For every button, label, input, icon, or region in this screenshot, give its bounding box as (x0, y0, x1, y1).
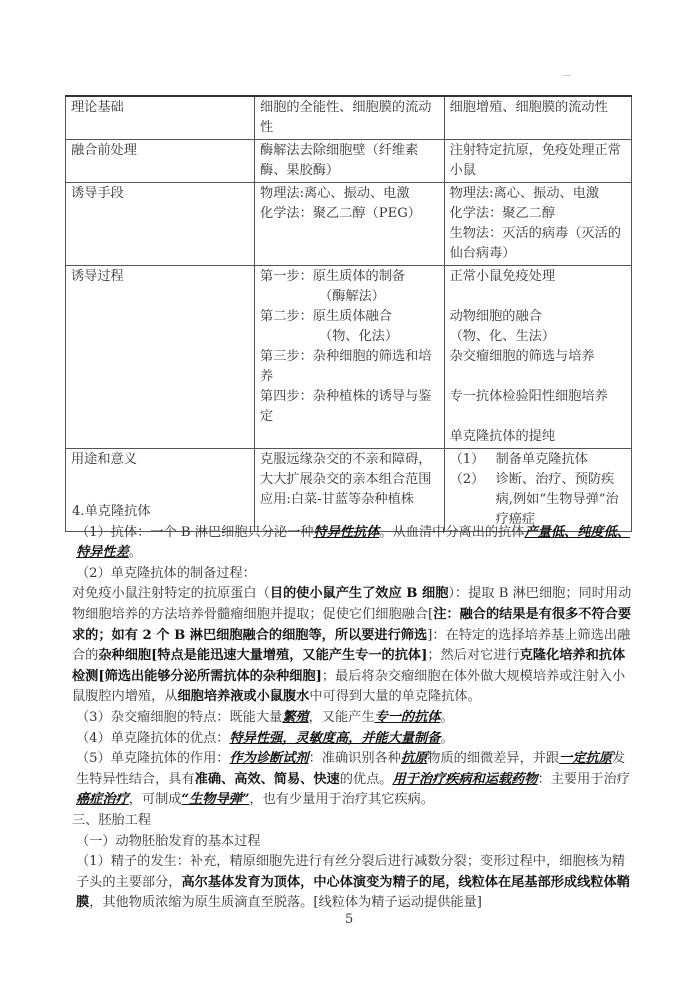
cell-line: 注射特定抗原，免疫处理正常小鼠 (450, 141, 625, 181)
emphasized-text: 作为诊断试剂 (229, 751, 308, 766)
text-run: ，也有少量用于治疗其它疾病。 (249, 792, 434, 807)
animal-cell-value: 正常小鼠免疫处理动物细胞的融合（物、化、生法）杂交瘤细胞的筛选与培养专一抗体检验… (444, 266, 631, 449)
text-run: ，又能产生 (309, 710, 375, 725)
cell-line: 化学法：聚乙二醇 (450, 204, 625, 224)
paragraph-prep-process: 对免疫小鼠注射特定的抗原蛋白（目的使小鼠产生了效应 B 细胞）：提取 B 淋巴细… (72, 584, 632, 708)
text-run: （4）单克隆抗体的优点： (76, 731, 229, 746)
text-run: ，其他物质浓缩为原生质滴直至脱落。[线粒体为精子运动提供能量] (89, 895, 482, 910)
cell-line: 物理法:离心、振动、电激 (450, 184, 625, 204)
cell-line: 酶解法去除细胞壁（纤维素酶、果胶酶） (260, 141, 438, 181)
emphasized-text: 目的使小鼠产生了效应 B 细胞 (270, 586, 449, 601)
emphasized-text: “生物导弹” (182, 792, 250, 807)
cell-line: 化学法：聚乙二醇（PEG） (260, 204, 438, 224)
plant-cell-value: 第一步：原生质体的制备（酶解法）第二步：原生质体融合（物、化法）第三步：杂种细胞… (255, 266, 445, 449)
cell-line: 杂交瘤细胞的筛选与培养 (450, 347, 625, 367)
text-run: ；然后对它进行 (427, 648, 519, 663)
row-label: 理论基础 (66, 96, 255, 140)
text-run: （5）单克隆抗体的作用： (76, 751, 229, 766)
cell-line: 细胞增殖、细胞膜的流动性 (450, 98, 625, 118)
page-number: 5 (345, 912, 353, 927)
paragraph-antibody: （1）抗体：一个 B 淋巴细胞只分泌一种特异性抗体。从血清中分离出的抗体产量低、… (76, 523, 632, 564)
animal-cell-value: 物理法:离心、振动、电激化学法：聚乙二醇生物法：灭活的病毒（灭活的仙台病毒） (444, 183, 631, 266)
cell-line: 物理法:离心、振动、电激 (260, 184, 438, 204)
text-run: 中可得到大量的单克隆抗体。 (309, 689, 480, 704)
text-run: （1）抗体：一个 B 淋巴细胞只分泌一种 (76, 525, 313, 540)
section-heading-monoclonal: 4.单克隆抗体 (72, 502, 632, 523)
table-row: 诱导手段物理法:离心、振动、电激化学法：聚乙二醇（PEG）物理法:离心、振动、电… (66, 183, 632, 266)
emphasized-text: 一定抗原 (559, 751, 612, 766)
text-run: 。从血清中分离出的抗体 (379, 525, 524, 540)
step-text: 第四步：杂种植株的诱导与鉴定 (260, 387, 438, 427)
plant-cell-value: 酶解法去除细胞壁（纤维素酶、果胶酶） (255, 140, 445, 183)
comparison-table: 理论基础细胞的全能性、细胞膜的流动性细胞增殖、细胞膜的流动性融合前处理酶解法去除… (65, 95, 632, 532)
emphasized-text: 癌症治疗 (76, 792, 129, 807)
emphasized-text: 杂种细胞[特点是能迅速大量增殖，又能产生专一的抗体] (98, 648, 427, 663)
text-run: ：准确识别各种 (309, 751, 401, 766)
step-note: （酶解法） (260, 287, 438, 307)
table-row: 理论基础细胞的全能性、细胞膜的流动性细胞增殖、细胞膜的流动性 (66, 96, 632, 140)
animal-cell-value: 细胞增殖、细胞膜的流动性 (444, 96, 631, 140)
text-run: 。 (440, 710, 453, 725)
table-row: 融合前处理酶解法去除细胞壁（纤维素酶、果胶酶）注射特定抗原，免疫处理正常小鼠 (66, 140, 632, 183)
cell-line: 单克隆抗体的提纯 (450, 427, 625, 447)
text-run: 。 (129, 545, 142, 560)
numbered-item: （1）制备单克隆抗体 (450, 450, 625, 470)
row-label: 诱导过程 (66, 266, 255, 449)
scan-mark (563, 75, 571, 76)
cell-line: 生物法：灭活的病毒（灭活的仙台病毒） (450, 224, 625, 264)
cell-line: 克服远缘杂交的不亲和障碍，大大扩展杂交的亲本组合范围 (260, 450, 438, 490)
step-text: 第一步：原生质体的制备 (260, 267, 438, 287)
plant-cell-value: 细胞的全能性、细胞膜的流动性 (255, 96, 445, 140)
paragraph-advantages: （4）单克隆抗体的优点：特异性强，灵敏度高，并能大量制备。 (76, 729, 632, 750)
emphasized-text: 准确、高效、简易、快速 (195, 772, 340, 787)
emphasized-text: 繁殖 (282, 710, 308, 725)
blank-line (450, 407, 625, 427)
cell-line: 正常小鼠免疫处理 (450, 267, 625, 287)
step-note: （物、化法） (260, 327, 438, 347)
paragraph-hybridoma: （3）杂交瘤细胞的特点：既能大量繁殖，又能产生专一的抗体。 (76, 708, 632, 729)
document-page: 理论基础细胞的全能性、细胞膜的流动性细胞增殖、细胞膜的流动性融合前处理酶解法去除… (0, 0, 700, 990)
emphasized-text: 特异性强，灵敏度高，并能大量制备 (229, 731, 440, 746)
cell-line: （物、化、生法） (450, 327, 625, 347)
text-run: 对免疫小鼠注射特定的抗原蛋白（ (72, 586, 270, 601)
emphasized-text: 用于治疗疾病和运载药物 (393, 772, 538, 787)
text-run: 。 (440, 731, 453, 746)
row-label: 融合前处理 (66, 140, 255, 183)
cell-line: 细胞的全能性、细胞膜的流动性 (260, 98, 438, 138)
paragraph-uses: （5）单克隆抗体的作用：作为诊断试剂：准确识别各种抗原物质的细微差异，并跟一定抗… (76, 749, 632, 811)
text-run: （3）杂交瘤细胞的特点：既能大量 (76, 710, 282, 725)
paragraph-sperm: （1）精子的发生：补充，精原细胞先进行有丝分裂后进行减数分裂；变形过程中，细胞核… (76, 852, 632, 914)
text-run: 物质的细微差异，并跟 (427, 751, 559, 766)
blank-line (450, 287, 625, 307)
cell-line: 动物细胞的融合 (450, 307, 625, 327)
blank-line (450, 367, 625, 387)
subsection-heading: （一）动物胚胎发育的基本过程 (76, 832, 632, 853)
section-heading-embryo: 三、胚胎工程 (72, 811, 632, 832)
plant-cell-value: 物理法:离心、振动、电激化学法：聚乙二醇（PEG） (255, 183, 445, 266)
text-run: ，可制成 (129, 792, 182, 807)
step-text: 第三步：杂种细胞的筛选和培养 (260, 347, 438, 387)
table-row: 诱导过程第一步：原生质体的制备（酶解法）第二步：原生质体融合（物、化法）第三步：… (66, 266, 632, 449)
body-text: 4.单克隆抗体 （1）抗体：一个 B 淋巴细胞只分泌一种特异性抗体。从血清中分离… (76, 502, 632, 914)
step-text: 第二步：原生质体融合 (260, 307, 438, 327)
row-label: 诱导手段 (66, 183, 255, 266)
emphasized-text: 抗原 (401, 751, 427, 766)
emphasized-text: 细胞培养液或小鼠腹水 (178, 689, 310, 704)
text-run: ：主要用于治疗 (538, 772, 630, 787)
cell-line: 专一抗体检验阳性细胞培养 (450, 387, 625, 407)
animal-cell-value: 注射特定抗原，免疫处理正常小鼠 (444, 140, 631, 183)
emphasized-text: 特异性抗体 (313, 525, 379, 540)
item-text: 制备单克隆抗体 (496, 450, 588, 470)
item-number: （1） (450, 450, 496, 470)
text-run: 的优点。 (340, 772, 393, 787)
emphasized-text: 专一的抗体 (375, 710, 441, 725)
paragraph-prep-heading: （2）单克隆抗体的制备过程： (76, 564, 632, 585)
